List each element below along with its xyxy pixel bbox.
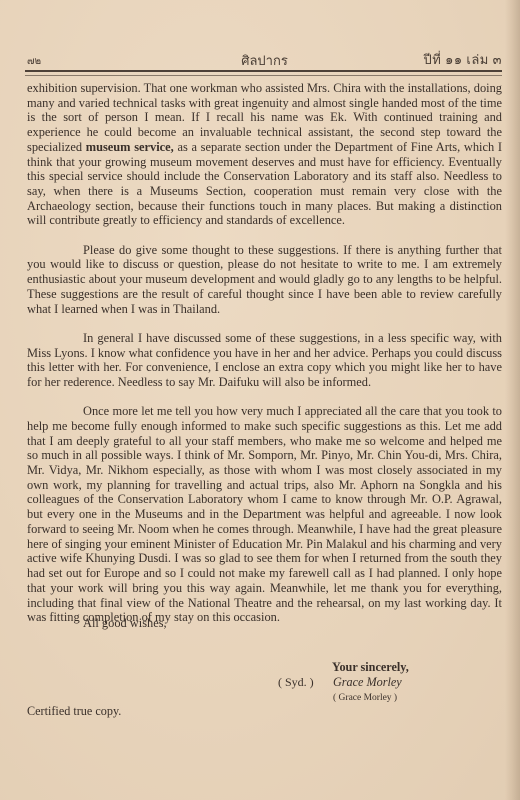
letter-paragraph: exhibition supervision. That one workman…: [27, 81, 502, 228]
closing-wish: All good wishes,: [83, 616, 167, 631]
signed-marker: ( Syd. ): [278, 675, 314, 690]
issue-label: ปีที่ ๑๑ เล่ม ๓: [424, 49, 502, 70]
letter-paragraph: In general I have discussed some of thes…: [27, 331, 502, 390]
signature-name: Grace Morley: [333, 675, 402, 690]
paragraph-text: In general I have discussed some of thes…: [27, 331, 502, 389]
letter-paragraph: Please do give some thought to these sug…: [27, 243, 502, 317]
certification-note: Certified true copy.: [27, 704, 121, 719]
signature-closing: Your sincerely,: [332, 660, 409, 675]
letter-paragraph: Once more let me tell you how very much …: [27, 404, 502, 625]
paragraph-text: Once more let me tell you how very much …: [27, 404, 502, 624]
letter-body: exhibition supervision. That one workman…: [27, 81, 502, 625]
header-rule: [25, 70, 502, 76]
emphasized-phrase: museum service,: [86, 140, 174, 154]
typed-name: ( Grace Morley ): [333, 693, 397, 703]
scanned-page: ๗๒ ศิลปากร ปีที่ ๑๑ เล่ม ๓ exhibition su…: [0, 0, 520, 800]
running-head: ๗๒ ศิลปากร ปีที่ ๑๑ เล่ม ๓: [27, 49, 502, 67]
paragraph-text: Please do give some thought to these sug…: [27, 243, 502, 316]
